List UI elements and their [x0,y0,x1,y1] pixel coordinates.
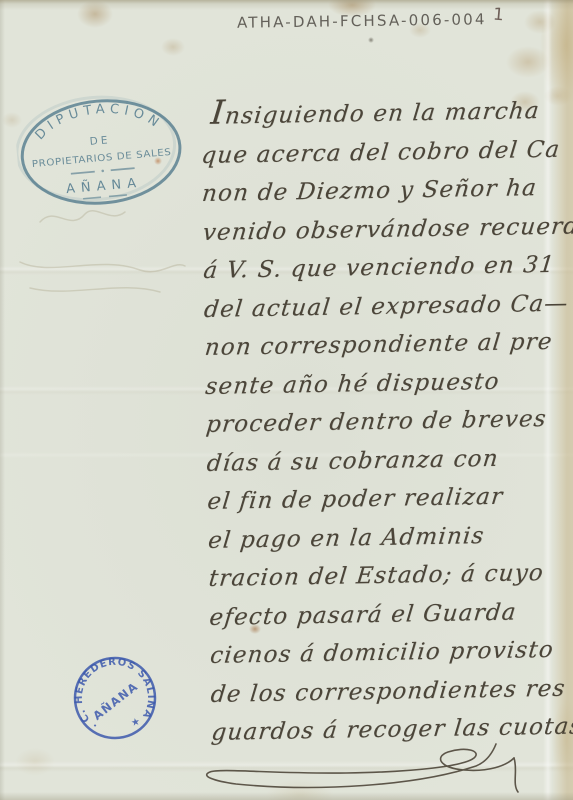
manuscript-line: á V. S. que venciendo en 31 [201,245,573,290]
manuscript-line: días á su cobranza con [205,438,573,483]
star-icon: ★ [130,716,141,729]
oval-stamp-divider-dot [101,170,104,173]
manuscript-text: Insiguiendo en la marcha que acerca del … [198,88,573,753]
manuscript-line: non de Diezmo y Señor ha [200,168,573,213]
manuscript-line: el fin de poder realizar [205,476,573,521]
manuscript-line: non correspondiente al pre [203,322,573,367]
manuscript-line: proceder dentro de breves [204,399,573,444]
document-page: ATHA-DAH-FCHSA-006-004 1 DIPUTACION DE P… [0,0,573,800]
round-stamp: A. C. HEREDEROS SALINAS AÑANA ★ [58,641,172,755]
signature-flourish [196,740,526,796]
manuscript-line: Insiguiendo en la marcha [209,87,573,136]
archive-reference-code: ATHA-DAH-FCHSA-006-004 [237,10,487,31]
manuscript-line: venido observándose recuerdo [201,207,573,252]
bleed-through-marks [10,200,190,310]
manuscript-line: de los correspondientes res [209,669,573,714]
manuscript-line: sente año hé dispuesto [203,361,573,406]
oval-stamp: DIPUTACION DE PROPIETARIOS DE SALES AÑAN… [12,88,189,214]
oval-stamp-body: PROPIETARIOS DE SALES [31,147,171,170]
page-number: 1 [492,5,505,26]
manuscript-line: tracion del Estado; á cuyo [207,553,573,598]
manuscript-line: que acerca del cobro del Ca [199,130,573,175]
round-stamp-center-text: AÑANA [90,678,141,723]
manuscript-line: efecto pasará el Guarda [207,592,573,637]
oval-stamp-de: DE [89,134,111,148]
manuscript-line: del actual el expresado Ca— [202,284,573,329]
manuscript-line: cienos á domicilio provisto [208,630,573,675]
manuscript-line: el pago en la Adminis [206,515,573,560]
